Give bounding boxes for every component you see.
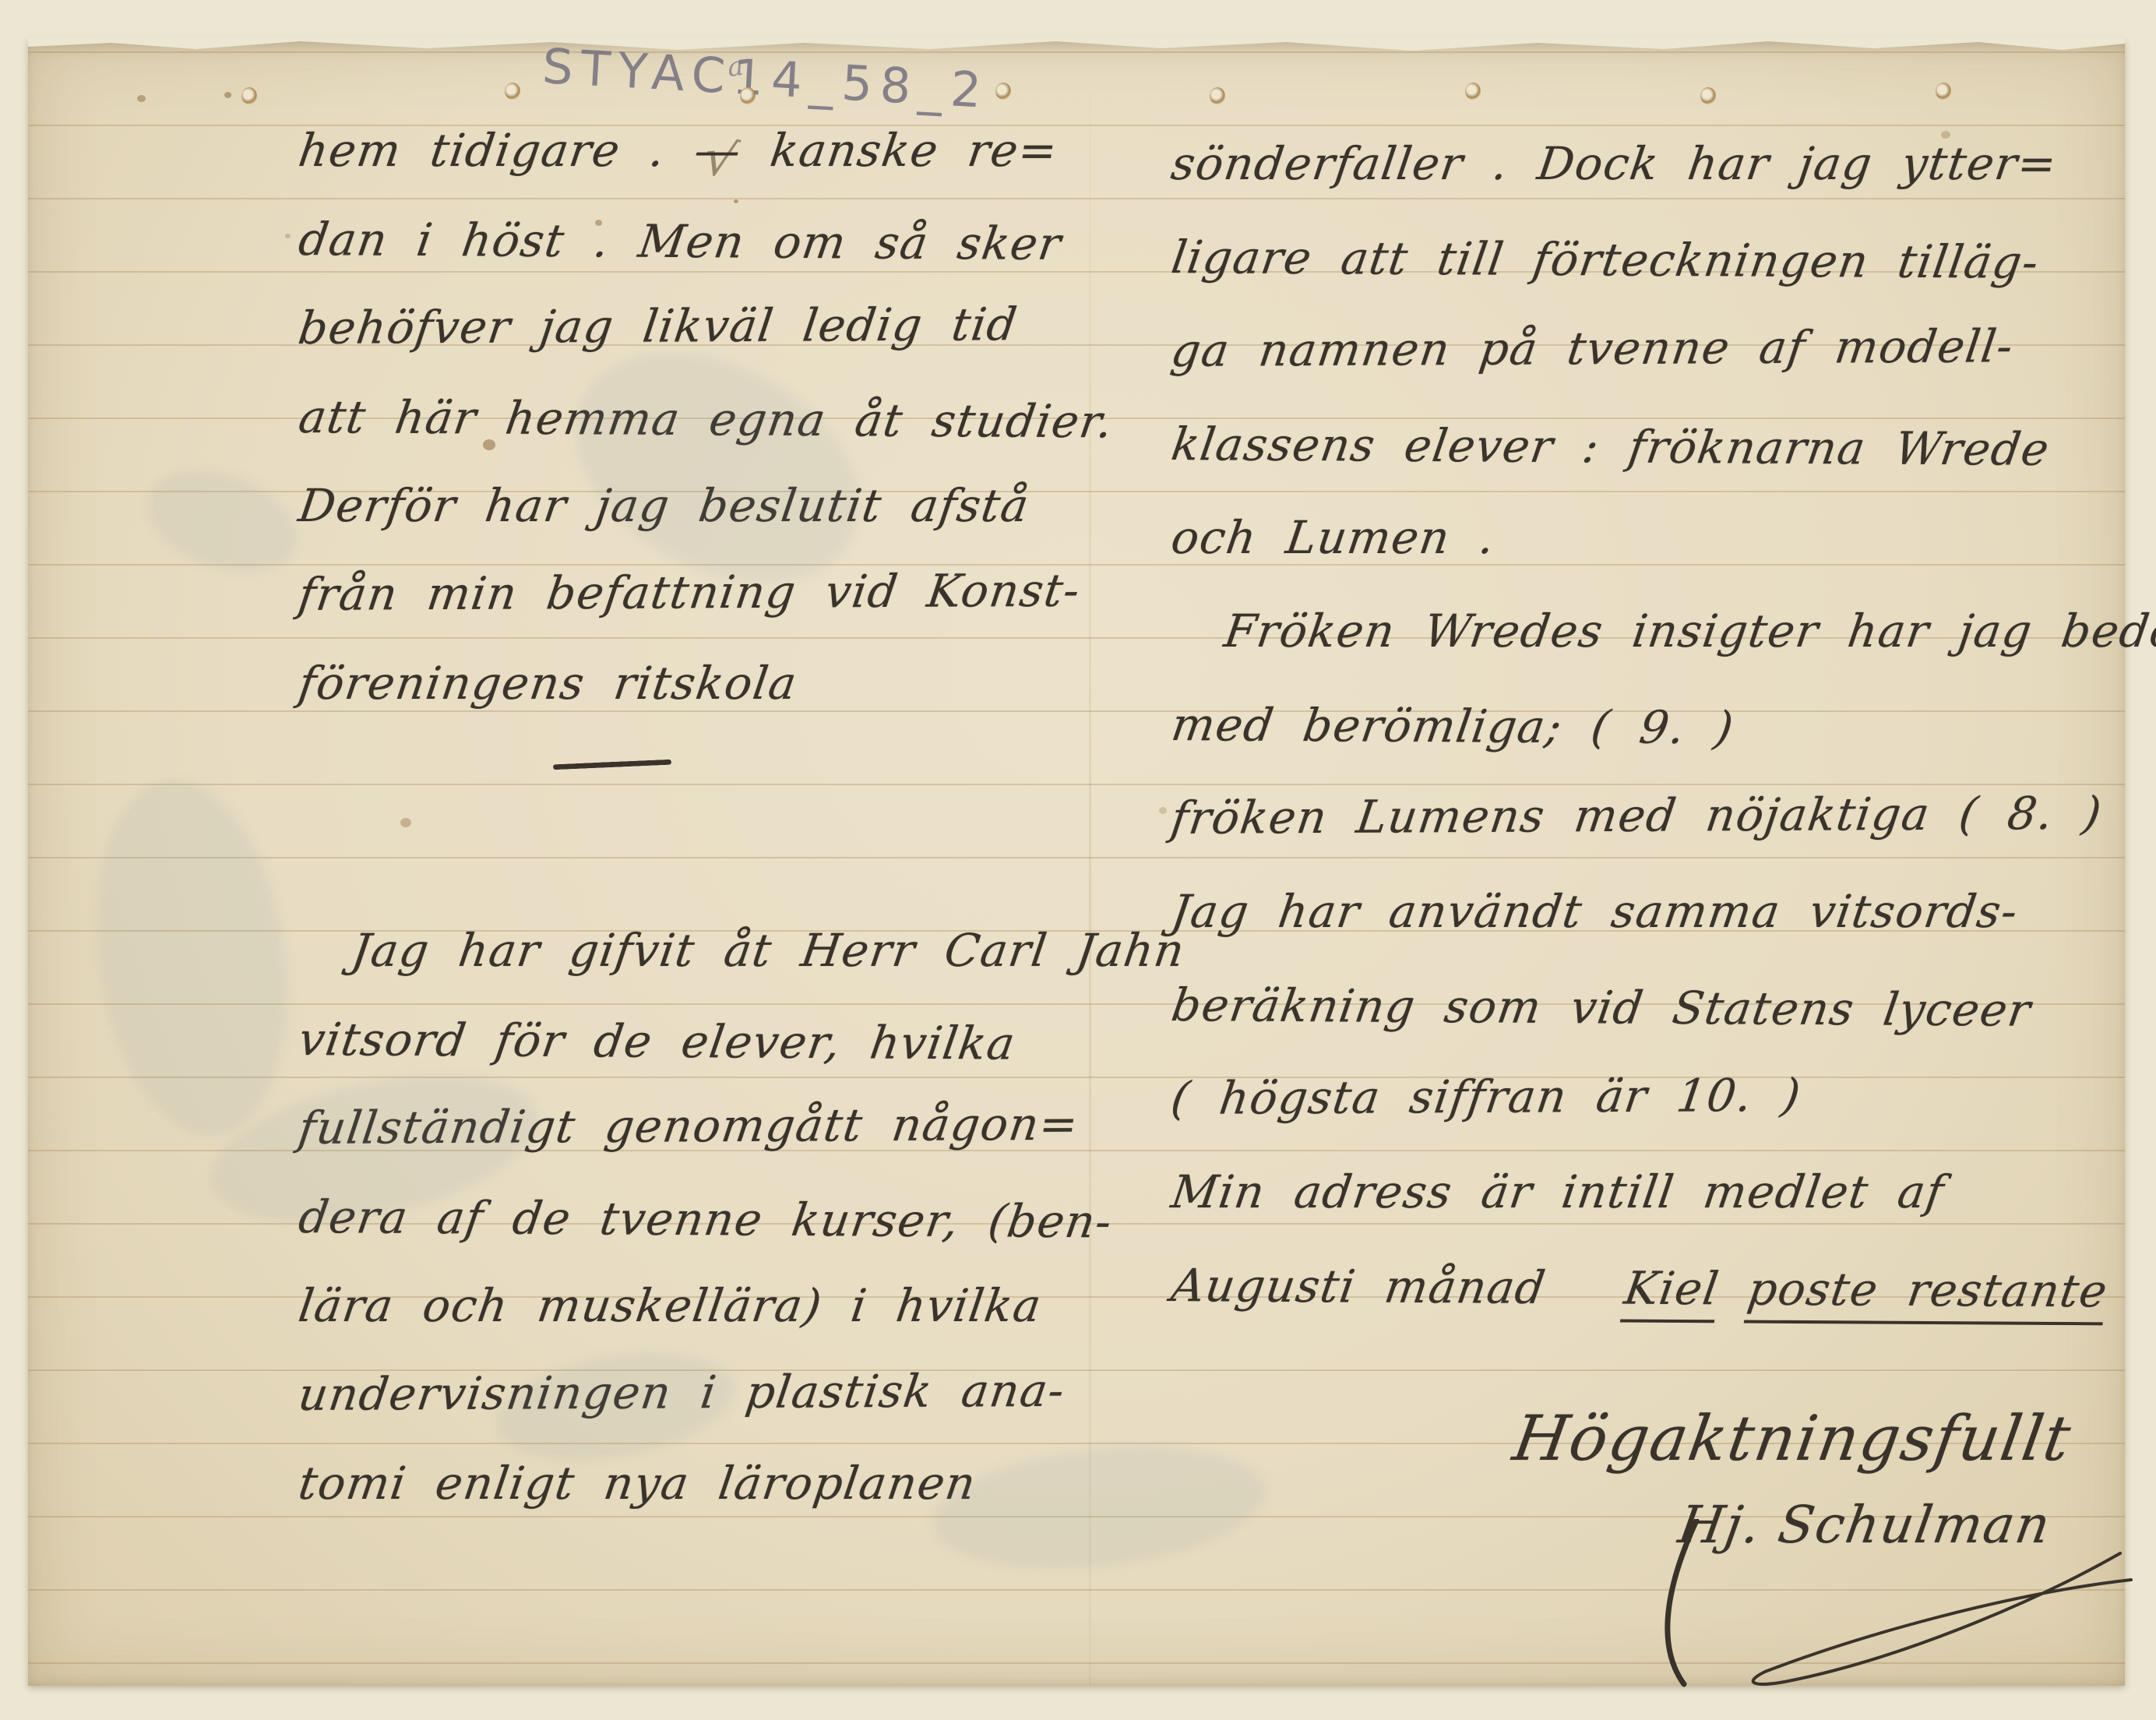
ink-speck xyxy=(595,220,602,226)
screenshot-root: { "colors":{ "background":"#ece7d2", "pa… xyxy=(0,0,2156,1720)
punch-hole xyxy=(1210,87,1225,104)
paragraph: Jag har gifvit åt Herr Carl Jahnvitsord … xyxy=(293,906,1196,1528)
handwritten-line: med berömliga; ( 9. ) xyxy=(1165,678,2156,777)
paragraph: sönderfaller . Dock har jag ytter=ligare… xyxy=(1165,117,2154,584)
paragraph: Fröken Wredes insigter har jag bedömtmed… xyxy=(1165,584,2154,865)
handwritten-line: ga namnen på tvenne af modell- xyxy=(1165,298,2156,397)
signature-block: Högaktningsfullt Hj. Schulman xyxy=(1414,1402,2156,1555)
punch-hole xyxy=(740,87,756,104)
show-through-smudge xyxy=(74,768,309,1149)
handwritten-line: klassens elever : fröknarna Wrede xyxy=(1165,397,2156,497)
punch-hole xyxy=(1936,83,1951,100)
ink-speck xyxy=(224,92,231,98)
handwritten-line: dan i höst . Men om så sker xyxy=(293,195,1209,289)
handwritten-line: Min adress är intill medlet af xyxy=(1165,1145,2156,1239)
text-segment: Augusti månad xyxy=(1168,1259,1579,1314)
punch-hole xyxy=(995,83,1011,100)
handwritten-line: och Lumen . xyxy=(1165,491,2156,584)
punch-hole xyxy=(1465,83,1481,100)
punch-hole xyxy=(505,83,520,100)
underlined-text: poste restante xyxy=(1743,1263,2112,1326)
handwritten-line: lära och muskellära) i hvilka xyxy=(293,1261,1209,1350)
torn-top-edge xyxy=(28,37,2125,55)
ink-speck xyxy=(1159,807,1167,814)
handwritten-line: ligare att till förteckningen tilläg- xyxy=(1165,210,2156,310)
handwritten-line: Fröken Wredes insigter har jag bedömt xyxy=(1218,584,2156,678)
punch-hole xyxy=(241,87,257,104)
handwritten-line: hem tidigare . — kanske re= xyxy=(293,106,1209,195)
handwritten-line: ( högsta siffran är 10. ) xyxy=(1165,1046,2156,1145)
punch-hole xyxy=(1700,87,1716,104)
paragraph: Jag har användt samma vitsords-beräkning… xyxy=(1165,865,2154,1145)
ink-speck xyxy=(400,818,411,827)
handwritten-line: undervisningen i plastisk ana- xyxy=(293,1345,1209,1439)
ink-speck xyxy=(285,234,291,238)
closing-salutation: Högaktningsfullt xyxy=(1509,1402,2156,1475)
paragraph: Min adress är intill medlet afAugusti må… xyxy=(1165,1145,2154,1332)
handwritten-line: föreningens ritskola xyxy=(293,639,1209,728)
signature-flourish xyxy=(1531,1519,2156,1690)
letter-paper: STYAC14_58_2 a √ hem tidigare . — kanske… xyxy=(28,39,2125,1686)
handwritten-line: beräkning som vid Statens lyceer xyxy=(1165,958,2156,1058)
ink-speck xyxy=(137,95,146,102)
handwritten-line: Augusti månad Kiel poste restante xyxy=(1165,1239,2156,1338)
handwritten-line: Jag har gifvit åt Herr Carl Jahn xyxy=(346,906,1209,995)
handwritten-line: behöfver jag likväl ledig tid xyxy=(293,279,1209,372)
handwritten-line: sönderfaller . Dock har jag ytter= xyxy=(1165,117,2156,210)
scan-background: STYAC14_58_2 a √ hem tidigare . — kanske… xyxy=(0,0,2156,1720)
paragraph-separator-dash xyxy=(553,760,671,770)
column-left: hem tidigare . — kanske re=dan i höst . … xyxy=(293,106,1196,1528)
ink-speck xyxy=(483,439,495,450)
column-right: sönderfaller . Dock har jag ytter=ligare… xyxy=(1165,117,2154,1332)
handwritten-line: Jag har användt samma vitsords- xyxy=(1165,865,2156,958)
underlined-text: Kiel xyxy=(1620,1262,1723,1323)
handwritten-line: fröken Lumens med nöjaktiga ( 8. ) xyxy=(1165,766,2156,865)
show-through-smudge xyxy=(134,451,312,592)
